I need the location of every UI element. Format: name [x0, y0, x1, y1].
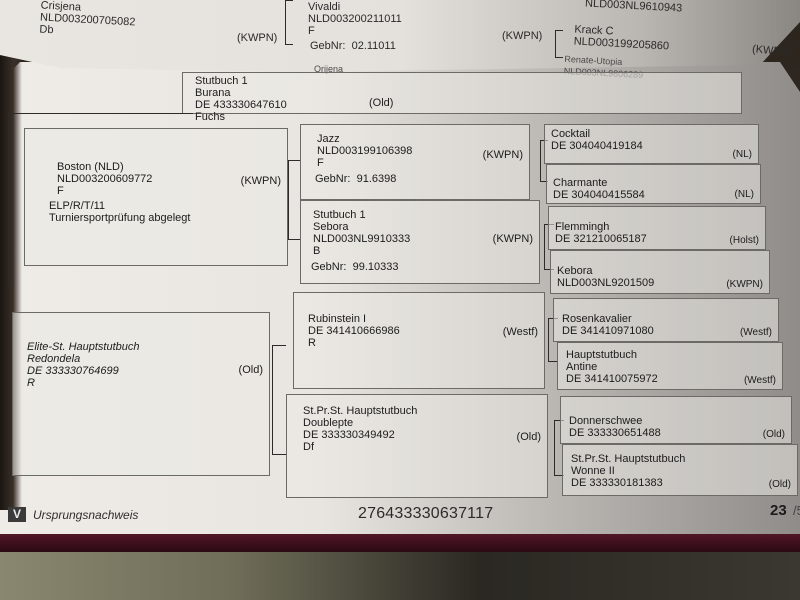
- grandsire-paternal-box: Jazz NLD003199106398 F (KWPN) GebNr: 91.…: [300, 124, 530, 200]
- horse-name: Charmante: [553, 177, 645, 189]
- connector-line: [555, 30, 563, 58]
- horse-color: F: [317, 157, 412, 169]
- horse-id: DE 341410971080: [562, 325, 654, 337]
- sire-id: NLD003200609772: [57, 173, 152, 185]
- horse-id: NLD003NL9201509: [557, 277, 654, 289]
- gebnr-value: 91.6398: [357, 173, 397, 185]
- subject-box: Stutbuch 1 Burana DE 433330647610 Fuchs …: [182, 72, 742, 114]
- great-grandparent-box-5: Hauptstutbuch Antine DE 341410075972 (We…: [557, 342, 783, 390]
- gebnr: GebNr: 91.6398: [315, 173, 396, 185]
- dam-id: DE 333330764699: [27, 365, 140, 377]
- great-grandparent-box-3: Kebora NLD003NL9201509 (KWPN): [550, 250, 770, 294]
- horse-studbook: (NL): [735, 189, 754, 201]
- prev-middle-gebnr: GebNr: 02.11011: [310, 40, 396, 52]
- horse-name: Antine: [566, 361, 658, 373]
- horse-name: Flemmingh: [555, 221, 647, 233]
- horse-id: DE 304040419184: [551, 140, 643, 152]
- connector-line: [8, 113, 193, 114]
- dam-studbook: (Old): [239, 364, 263, 376]
- subject-studbook: (Old): [369, 97, 393, 109]
- horse-studbook: (Westf): [740, 327, 772, 339]
- great-grandparent-box-2: Flemmingh DE 321210065187 (Holst): [548, 206, 766, 250]
- horse-book: St.Pr.St. Hauptstutbuch: [303, 405, 417, 417]
- prev-left-studbook: (KWPN): [237, 32, 277, 44]
- horse-color: B: [313, 245, 410, 257]
- prev-middle-studbook: (KWPN): [502, 30, 542, 42]
- gebnr-label: GebNr:: [310, 40, 345, 52]
- horse-id: DE 321210065187: [555, 233, 647, 245]
- horse-id: DE 341410666986: [308, 325, 400, 337]
- subject-book: Stutbuch 1: [195, 75, 287, 87]
- horse-name: Jazz: [317, 133, 412, 145]
- horse-color: Df: [303, 441, 417, 453]
- horse-name: Sebora: [313, 221, 410, 233]
- horse-color: F: [308, 25, 402, 37]
- sire-studbook: (KWPN): [241, 175, 281, 187]
- horse-name: Cocktail: [551, 128, 643, 140]
- horse-id: DE 333330181383: [571, 477, 685, 489]
- horse-id: DE 341410075972: [566, 373, 658, 385]
- horse-id: NLD003200211011: [308, 13, 402, 25]
- sire-box: Boston (NLD) NLD003200609772 F (KWPN) EL…: [24, 128, 288, 266]
- footer-section-label: V Ursprungsnachweis: [8, 507, 138, 522]
- subject-name: Burana: [195, 87, 287, 99]
- horse-studbook: (KWPN): [726, 279, 763, 291]
- granddam-maternal-box: St.Pr.St. Hauptstutbuch Doublepte DE 333…: [286, 394, 548, 498]
- horse-studbook: (NL): [733, 149, 752, 161]
- horse-book: St.Pr.St. Hauptstutbuch: [571, 453, 685, 465]
- connector-line: [8, 113, 9, 283]
- great-grandparent-box-0: Cocktail DE 304040419184 (NL): [544, 124, 759, 164]
- document-number: 276433330637117: [358, 505, 493, 523]
- great-grandparent-box-1: Charmante DE 304040415584 (NL): [546, 164, 761, 204]
- horse-studbook: (Holst): [730, 235, 759, 247]
- horse-name: Rosenkavalier: [562, 313, 654, 325]
- horse-book: Stutbuch 1: [313, 209, 410, 221]
- horse-studbook: (KWPN): [483, 149, 523, 161]
- prev-right-entry-1: Krack C NLD003199205860: [573, 24, 670, 53]
- horse-id: DE 333330651488: [569, 427, 661, 439]
- horse-id: NLD003199106398: [317, 145, 412, 157]
- gebnr-label: GebNr:: [311, 261, 346, 273]
- sire-performance: ELP/R/T/11: [49, 200, 190, 212]
- sire-note: Turniersportprüfung abgelegt: [49, 212, 190, 224]
- subject-id: DE 433330647610: [195, 99, 287, 111]
- horse-id: DE 333330349492: [303, 429, 417, 441]
- dam-book: Elite-St. Hauptstutbuch: [27, 341, 140, 353]
- horse-name: Vivaldi: [308, 1, 402, 13]
- horse-name: Wonne II: [571, 465, 685, 477]
- dam-name: Redondela: [27, 353, 140, 365]
- horse-id: DE 304040415584: [553, 189, 645, 201]
- connector-line: [285, 0, 293, 45]
- dam-color: R: [27, 377, 140, 389]
- grandsire-maternal-box: Rubinstein I DE 341410666986 R (Westf): [293, 292, 545, 389]
- horse-id: NLD003NL9910333: [313, 233, 410, 245]
- granddam-paternal-box: Stutbuch 1 Sebora NLD003NL9910333 B (KWP…: [300, 200, 540, 284]
- section-badge: V: [8, 507, 26, 522]
- gebnr: GebNr: 99.10333: [311, 261, 398, 273]
- horse-studbook: (Westf): [744, 375, 776, 387]
- great-grandparent-box-7: St.Pr.St. Hauptstutbuch Wonne II DE 3333…: [562, 444, 798, 496]
- horse-name: Kebora: [557, 265, 654, 277]
- connector-line: [272, 345, 286, 455]
- gebnr-value: 02.11011: [352, 40, 396, 52]
- prev-left-entry: Crisjena NLD003200705082 Db: [39, 0, 136, 40]
- gebnr-label: GebNr:: [315, 173, 350, 185]
- dam-box: Elite-St. Hauptstutbuch Redondela DE 333…: [12, 312, 270, 476]
- gebnr-value: 99.10333: [353, 261, 399, 273]
- footer-label-text: Ursprungsnachweis: [33, 508, 138, 522]
- horse-studbook: (Old): [769, 479, 791, 491]
- surface-below: [0, 552, 800, 600]
- subject-color: Fuchs: [195, 111, 287, 123]
- great-grandparent-box-6: Donnerschwee DE 333330651488 (Old): [560, 396, 792, 444]
- page-number-suffix: /5: [793, 503, 800, 518]
- horse-color: R: [308, 337, 400, 349]
- horse-studbook: (KWPN): [493, 233, 533, 245]
- horse-studbook: (Old): [517, 431, 541, 443]
- prev-middle-entry: Vivaldi NLD003200211011 F: [308, 1, 402, 37]
- horse-name: Doublepte: [303, 417, 417, 429]
- horse-name: Rubinstein I: [308, 313, 400, 325]
- sire-name: Boston (NLD): [57, 161, 152, 173]
- page-number: 23: [770, 502, 787, 519]
- horse-name: Donnerschwee: [569, 415, 661, 427]
- sire-color: F: [57, 185, 152, 197]
- horse-studbook: (Old): [763, 429, 785, 441]
- connector-line: [288, 160, 300, 240]
- great-grandparent-box-4: Rosenkavalier DE 341410971080 (Westf): [553, 298, 779, 342]
- horse-studbook: (Westf): [503, 326, 538, 338]
- horse-book: Hauptstutbuch: [566, 349, 658, 361]
